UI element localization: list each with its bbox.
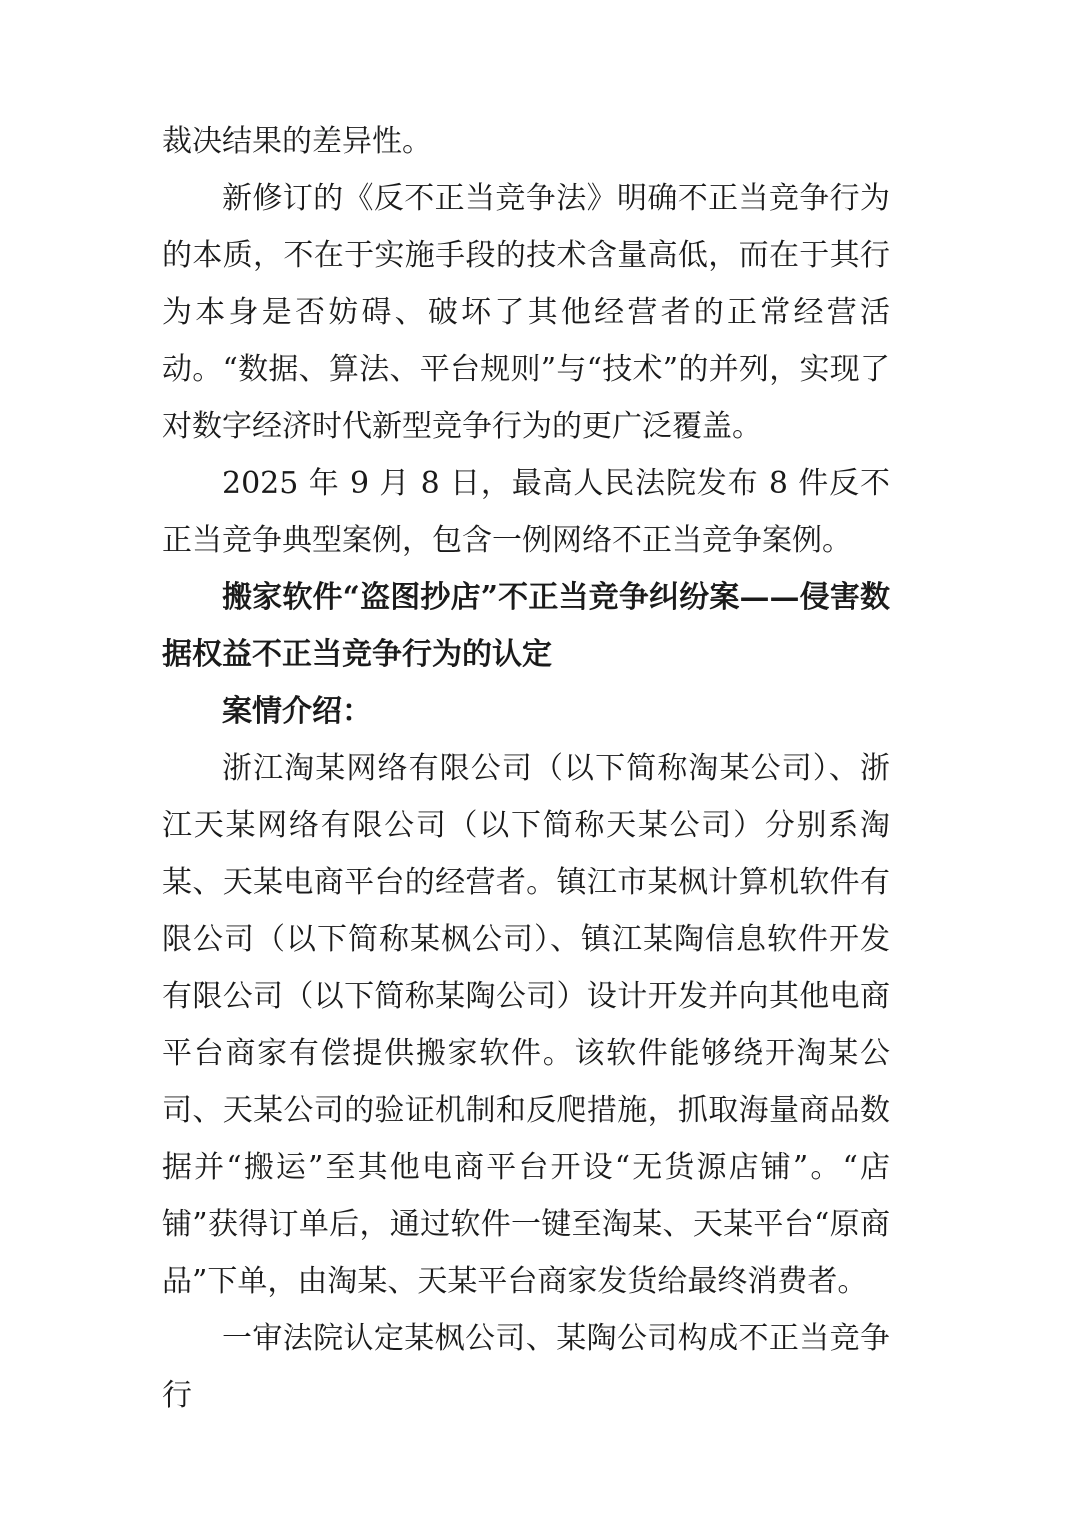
paragraph-ruling-result-continuation: 裁决结果的差异性。 bbox=[162, 113, 890, 170]
heading-case-title: 搬家软件“盗图抄店”不正当竞争纠纷案——侵害数据权益不正当竞争行为的认定 bbox=[162, 569, 890, 683]
heading-case-introduction: 案情介绍： bbox=[162, 683, 890, 740]
paragraph-supreme-court-cases: 2025 年 9 月 8 日，最高人民法院发布 8 件反不正当竞争典型案例，包含… bbox=[162, 455, 890, 569]
paragraph-revised-law-essence: 新修订的《反不正当竞争法》明确不正当竞争行为的本质，不在于实施手段的技术含量高低… bbox=[162, 170, 890, 455]
paragraph-case-facts: 浙江淘某网络有限公司（以下简称淘某公司）、浙江天某网络有限公司（以下简称天某公司… bbox=[162, 740, 890, 1310]
document-page: 裁决结果的差异性。 新修订的《反不正当竞争法》明确不正当竞争行为的本质，不在于实… bbox=[0, 0, 1080, 1527]
paragraph-first-instance-ruling: 一审法院认定某枫公司、某陶公司构成不正当竞争行 bbox=[162, 1310, 890, 1424]
